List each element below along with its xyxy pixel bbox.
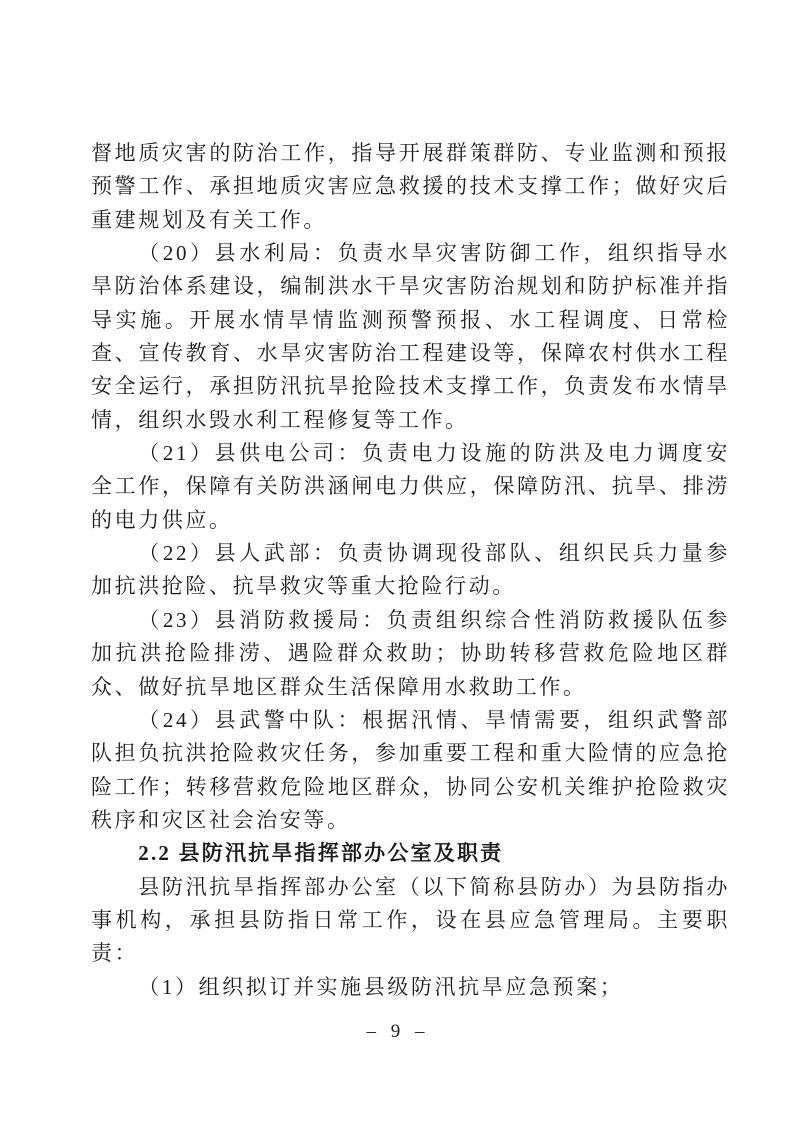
paragraph-office-duties: 县防汛抗旱指挥部办公室（以下简称县防办）为县防指办事机构，承担县防指日常工作，设… [91,871,730,971]
paragraph-duty-1: （1）组织拟订并实施县级防汛抗旱应急预案； [91,971,730,1004]
paragraph-item-23: （23）县消防救援局：负责组织综合性消防救援队伍参加抗洪抢险排涝、遇险群众救助；… [91,604,730,704]
paragraph-continuation: 督地质灾害的防治工作，指导开展群策群防、专业监测和预报预警工作、承担地质灾害应急… [91,137,730,237]
document-body: 督地质灾害的防治工作，指导开展群策群防、专业监测和预报预警工作、承担地质灾害应急… [91,137,730,1004]
paragraph-item-24: （24）县武警中队：根据汛情、旱情需要，组织武警部队担负抗洪抢险救灾任务，参加重… [91,704,730,837]
paragraph-item-22: （22）县人武部：负责协调现役部队、组织民兵力量参加抗洪抢险、抗旱救灾等重大抢险… [91,537,730,604]
page-footer: – 9 – [0,1021,793,1043]
document-page: 督地质灾害的防治工作，指导开展群策群防、专业监测和预报预警工作、承担地质灾害应急… [0,0,793,1122]
paragraph-item-21: （21）县供电公司：负责电力设施的防洪及电力调度安全工作，保障有关防洪涵闸电力供… [91,437,730,537]
page-number: – 9 – [367,1021,427,1042]
paragraph-item-20: （20）县水利局：负责水旱灾害防御工作，组织指导水旱防治体系建设，编制洪水干旱灾… [91,237,730,437]
section-heading-2-2: 2.2 县防汛抗旱指挥部办公室及职责 [91,837,730,870]
